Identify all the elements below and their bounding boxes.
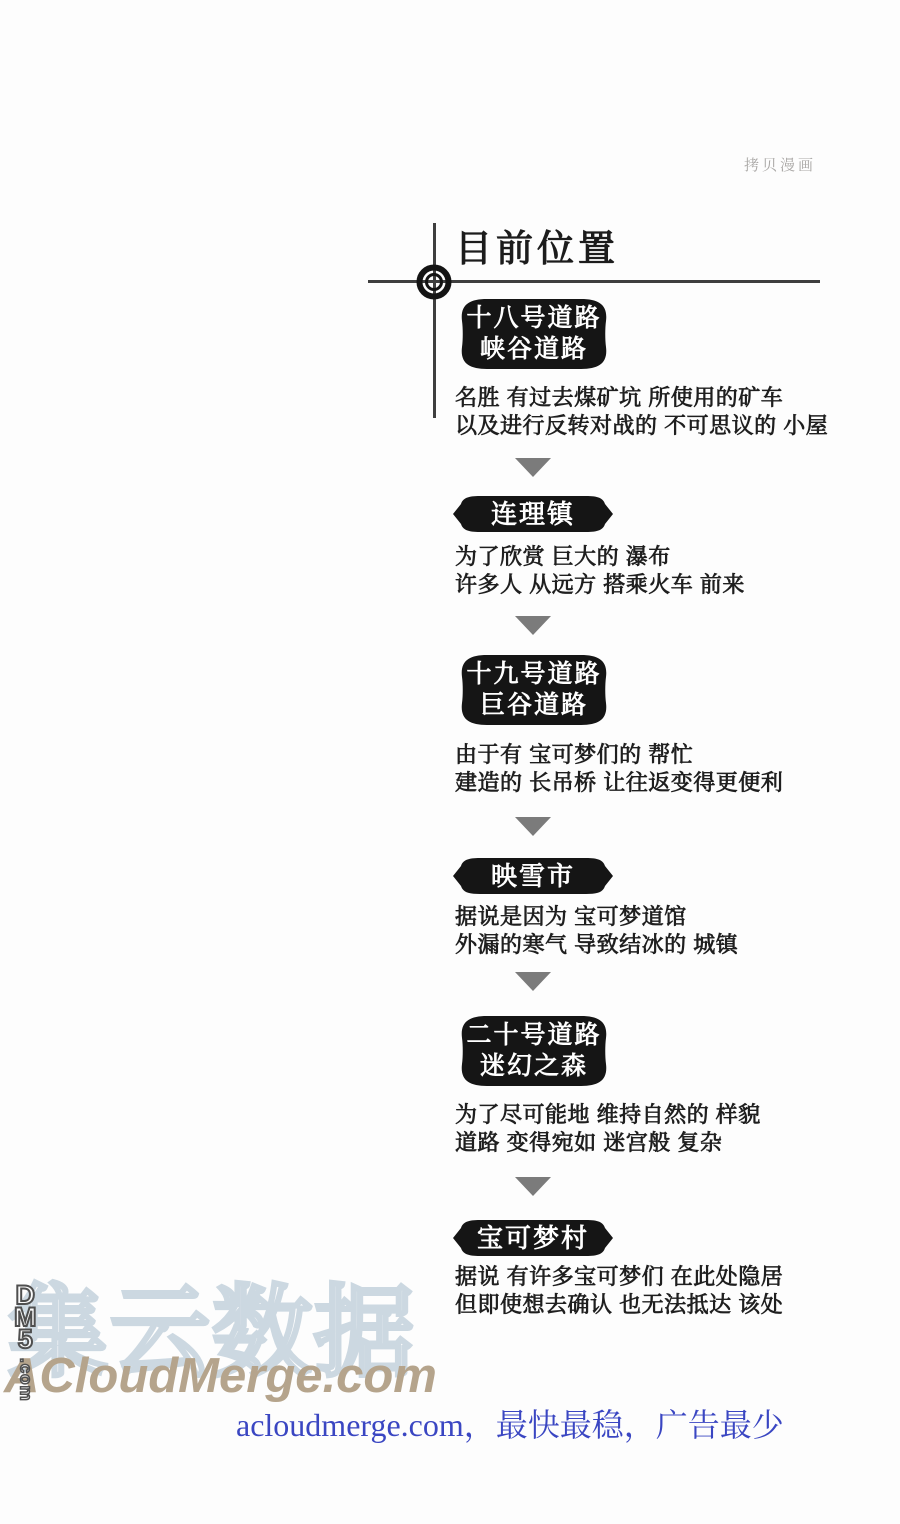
location-badge-route18: 十八号道路 峡谷道路 [455,296,613,372]
badge-label-line: 二十号道路 [466,1020,601,1051]
badge-label-line: 连理镇 [491,501,575,527]
page-title: 目前位置 [455,218,619,272]
badge-label-line: 十八号道路 [466,303,601,334]
badge-label-line: 迷幻之森 [480,1051,588,1082]
stamp-suffix: .com [15,1358,35,1402]
brand-watermark-en: ACloudMerge.com [4,1348,437,1404]
description-line: 为了欣赏 巨大的 瀑布 [455,543,745,571]
description-line: 据说是因为 宝可梦道馆 [455,903,738,931]
location-description: 名胜 有过去煤矿坑 所使用的矿车 以及进行反转对战的 不可思议的 小屋 [455,384,828,440]
down-arrow-icon [515,817,551,836]
location-description: 为了欣赏 巨大的 瀑布 许多人 从远方 搭乘火车 前来 [455,543,745,599]
vertical-rule [433,223,436,418]
location-badge-route19: 十九号道路 巨谷道路 [455,652,613,728]
location-description: 由于有 宝可梦们的 帮忙 建造的 长吊桥 让往返变得更便利 [455,741,783,797]
badge-label-line: 十九号道路 [466,659,601,690]
description-line: 由于有 宝可梦们的 帮忙 [455,741,783,769]
down-arrow-icon [515,616,551,635]
down-arrow-icon [515,972,551,991]
badge-label-line: 巨谷道路 [480,690,588,721]
location-description: 据说是因为 宝可梦道馆 外漏的寒气 导致结冰的 城镇 [455,903,738,959]
location-badge-pokemon-village: 宝可梦村 [452,1218,614,1258]
manga-page: 拷贝漫画 目前位置 十八号道路 峡谷道路 名胜 有过去煤矿坑 所使用的矿车 以及… [0,0,900,1524]
down-arrow-icon [515,458,551,477]
badge-label-line: 映雪市 [491,863,575,889]
location-badge-lianli-town: 连理镇 [452,494,614,534]
badge-label-line: 峡谷道路 [480,334,588,365]
description-line: 许多人 从远方 搭乘火车 前来 [455,571,745,599]
location-badge-route20: 二十号道路 迷幻之森 [455,1013,613,1089]
location-description: 据说 有许多宝可梦们 在此处隐居 但即使想去确认 也无法抵达 该处 [455,1263,783,1319]
dm5-stamp: D M 5 .com [14,1284,37,1402]
description-line: 据说 有许多宝可梦们 在此处隐居 [455,1263,783,1291]
description-line: 名胜 有过去煤矿坑 所使用的矿车 [455,384,828,412]
stamp-letter: 5 [18,1328,33,1350]
location-description: 为了尽可能地 维持自然的 样貌 道路 变得宛如 迷宫般 复杂 [455,1101,761,1157]
description-line: 但即使想去确认 也无法抵达 该处 [455,1291,783,1319]
description-line: 以及进行反转对战的 不可思议的 小屋 [455,412,828,440]
badge-label-line: 宝可梦村 [477,1225,589,1251]
site-watermark: 拷贝漫画 [744,154,816,175]
location-badge-yingxue-city: 映雪市 [452,856,614,896]
description-line: 建造的 长吊桥 让往返变得更便利 [455,769,783,797]
down-arrow-icon [515,1177,551,1196]
description-line: 道路 变得宛如 迷宫般 复杂 [455,1129,761,1157]
description-line: 外漏的寒气 导致结冰的 城镇 [455,931,738,959]
crosshair-icon [411,259,457,305]
description-line: 为了尽可能地 维持自然的 样貌 [455,1101,761,1129]
footer-ad-text: acloudmerge.com，最快最稳，广告最少 [236,1400,784,1446]
